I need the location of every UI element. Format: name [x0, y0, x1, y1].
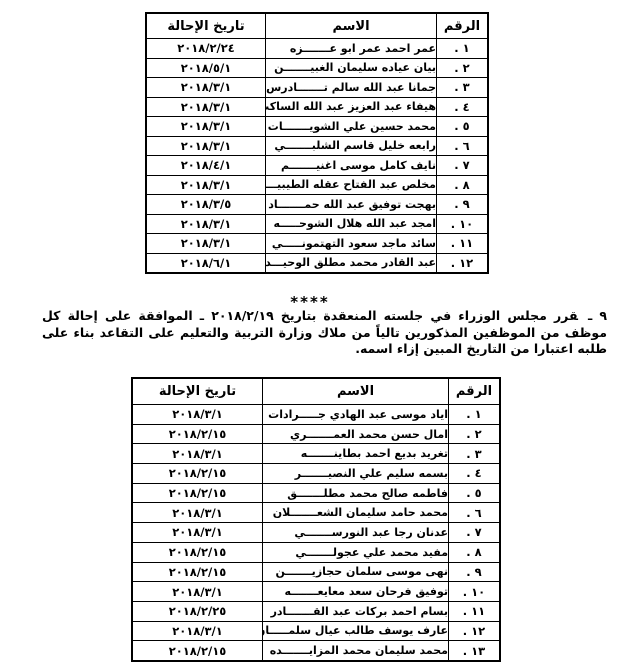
table-row: . ٧ عدنان رجا عبد النورســـــــي ٢٠١٨/٣/… [132, 523, 500, 543]
table-row: . ٨ مفيد محمد علي عجولـــــــي ٢٠١٨/٢/١٥ [132, 542, 500, 562]
referral-date: ٢٠١٨/٥/١ [146, 58, 266, 78]
referral-date: ٢٠١٨/٦/١ [146, 253, 266, 273]
table-row: . ١٠ توفيق فرحان سعد معايعـــــــه ٢٠١٨/… [132, 582, 500, 602]
row-number: . ٥ [449, 483, 501, 503]
table-row: . ١٠ امجد عبد الله هلال الشوحـــــه ٢٠١٨… [146, 214, 488, 234]
table-row: . ١١ سائد ماجد سعود التهتمونـــــي ٢٠١٨/… [146, 234, 488, 254]
column-header-date: تاريخ الإحالة [146, 13, 266, 39]
table-row: . ٩ نهى موسى سلمان حجازيـــــــن ٢٠١٨/٢/… [132, 562, 500, 582]
table-row: . ١ عمر احمد عمر ابو عـــــــزه ٢٠١٨/٢/٢… [146, 39, 488, 59]
row-number: . ١ [437, 39, 489, 59]
employee-name: فاطمه صالح محمد مطلـــــــق [263, 483, 449, 503]
row-number: . ٨ [449, 542, 501, 562]
table-row: . ٩ بهجت توفيق عبد الله حمـــــــاد ٢٠١٨… [146, 195, 488, 215]
referral-date: ٢٠١٨/٢/١٥ [132, 562, 263, 582]
table-row: . ٧ نايف كامل موسى اغنيـــــــم ٢٠١٨/٤/١ [146, 156, 488, 176]
row-number: . ٧ [449, 523, 501, 543]
employee-name: بهجت توفيق عبد الله حمـــــــاد [266, 195, 437, 215]
referral-date: ٢٠١٨/٣/١ [132, 503, 263, 523]
employee-name: بسام احمد بركات عبد القـــــــادر [263, 601, 449, 621]
item-number: ٩ ـ [578, 308, 607, 323]
employee-name: محمد حسين علي الشويـــــــات [266, 117, 437, 137]
decision-item-9: ٩ ـقرر مجلس الوزراء في جلسته المنعقدة بت… [42, 308, 607, 358]
row-number: . ٨ [437, 175, 489, 195]
row-number: . ٤ [437, 97, 489, 117]
referral-date: ٢٠١٨/٢/١٥ [132, 641, 263, 661]
row-number: . ١٠ [437, 214, 489, 234]
row-number: . ٤ [449, 464, 501, 484]
table-row: . ٣ تغريد بديع احمد بطاينـــــــه ٢٠١٨/٣… [132, 444, 500, 464]
employee-name: عمر احمد عمر ابو عـــــــزه [266, 39, 437, 59]
referral-date: ٢٠١٨/٢/١٥ [132, 542, 263, 562]
row-number: . ١٢ [437, 253, 489, 273]
row-number: . ١ [449, 405, 501, 425]
row-number: . ٧ [437, 156, 489, 176]
referral-date: ٢٠١٨/٣/١ [146, 136, 266, 156]
employee-name: محمد حامد سليمان الشعـــــــلان [263, 503, 449, 523]
table-row: . ١١ بسام احمد بركات عبد القـــــــادر ٢… [132, 601, 500, 621]
employee-name: سائد ماجد سعود التهتمونـــــي [266, 234, 437, 254]
referral-date: ٢٠١٨/٣/١ [146, 175, 266, 195]
row-number: . ٩ [449, 562, 501, 582]
decision-text: قرر مجلس الوزراء في جلسته المنعقدة بتاري… [42, 308, 607, 356]
header-row: الرقم الاسم تاريخ الإحالة [132, 378, 500, 405]
row-number: . ٢ [449, 424, 501, 444]
table-row: . ٤ هيفاء عبد العزيز عبد الله الساكت ٢٠١… [146, 97, 488, 117]
employee-name: امجد عبد الله هلال الشوحـــــه [266, 214, 437, 234]
referral-date: ٢٠١٨/٢/١٥ [132, 424, 263, 444]
employee-name: توفيق فرحان سعد معايعـــــــه [263, 582, 449, 602]
referral-table-2: الرقم الاسم تاريخ الإحالة . ١ اياد موسى … [131, 377, 501, 662]
column-header-name: الاسم [266, 13, 437, 39]
table-row: . ٥ فاطمه صالح محمد مطلـــــــق ٢٠١٨/٢/١… [132, 483, 500, 503]
referral-date: ٢٠١٨/٢/١٥ [132, 483, 263, 503]
employee-name: امال حسن محمد العمـــــــري [263, 424, 449, 444]
table-row: . ٦ رابعه خليل قاسم الشلبـــــــي ٢٠١٨/٣… [146, 136, 488, 156]
row-number: . ١٠ [449, 582, 501, 602]
employee-name: نايف كامل موسى اغنيـــــــم [266, 156, 437, 176]
table-row: . ٤ بسمه سليم علي النصيـــــــر ٢٠١٨/٢/١… [132, 464, 500, 484]
table-row: . ٦ محمد حامد سليمان الشعـــــــلان ٢٠١٨… [132, 503, 500, 523]
table-row: . ١٢ عبد القادر محمد مطلق الوحيـــدي ٢٠١… [146, 253, 488, 273]
row-number: . ٢ [437, 58, 489, 78]
header-row: الرقم الاسم تاريخ الإحالة [146, 13, 488, 39]
table-row: . ٨ مخلص عبد الفتاح عقله الطيبيـــن ٢٠١٨… [146, 175, 488, 195]
table-row: . ٣ جمانا عبد الله سالم تـــــــادرس ٢٠١… [146, 78, 488, 98]
referral-date: ٢٠١٨/٣/١ [146, 117, 266, 137]
employee-name: جمانا عبد الله سالم تـــــــادرس [266, 78, 437, 98]
table-row: . ٢ امال حسن محمد العمـــــــري ٢٠١٨/٢/١… [132, 424, 500, 444]
row-number: . ٣ [437, 78, 489, 98]
table-row: . ٥ محمد حسين علي الشويـــــــات ٢٠١٨/٣/… [146, 117, 488, 137]
column-header-number: الرقم [437, 13, 489, 39]
row-number: . ١٢ [449, 621, 501, 641]
column-header-number: الرقم [449, 378, 501, 405]
referral-date: ٢٠١٨/٣/١ [132, 523, 263, 543]
employee-name: محمد سليمان محمد المزايـــــــده [263, 641, 449, 661]
table-row: . ١٢ عارف يوسف طالب عيال سلمـــــان ٢٠١٨… [132, 621, 500, 641]
employee-name: مفيد محمد علي عجولـــــــي [263, 542, 449, 562]
employee-name: رابعه خليل قاسم الشلبـــــــي [266, 136, 437, 156]
referral-date: ٢٠١٨/٣/١ [132, 621, 263, 641]
referral-date: ٢٠١٨/٤/١ [146, 156, 266, 176]
row-number: . ٣ [449, 444, 501, 464]
employee-name: تغريد بديع احمد بطاينـــــــه [263, 444, 449, 464]
referral-table-1: الرقم الاسم تاريخ الإحالة . ١ عمر احمد ع… [145, 12, 489, 274]
gazette-page: الرقم الاسم تاريخ الإحالة . ١ عمر احمد ع… [0, 0, 620, 668]
row-number: . ٦ [437, 136, 489, 156]
column-header-date: تاريخ الإحالة [132, 378, 263, 405]
referral-date: ٢٠١٨/٢/١٥ [132, 464, 263, 484]
referral-date: ٢٠١٨/٣/٥ [146, 195, 266, 215]
employee-name: عبد القادر محمد مطلق الوحيـــدي [266, 253, 437, 273]
row-number: . ١١ [449, 601, 501, 621]
table-row: . ١٣ محمد سليمان محمد المزايـــــــده ٢٠… [132, 641, 500, 661]
row-number: . ١٣ [449, 641, 501, 661]
referral-date: ٢٠١٨/٢/٢٤ [146, 39, 266, 59]
employee-name: بسمه سليم علي النصيـــــــر [263, 464, 449, 484]
row-number: . ٦ [449, 503, 501, 523]
employee-name: اياد موسى عبد الهادي جـــــرادات [263, 405, 449, 425]
referral-date: ٢٠١٨/٣/١ [132, 405, 263, 425]
column-header-name: الاسم [263, 378, 449, 405]
referral-date: ٢٠١٨/٢/٢٥ [132, 601, 263, 621]
row-number: . ١١ [437, 234, 489, 254]
referral-date: ٢٠١٨/٣/١ [146, 78, 266, 98]
row-number: . ٩ [437, 195, 489, 215]
referral-date: ٢٠١٨/٣/١ [146, 97, 266, 117]
employee-name: بيان عياده سليمان الغبيـــــــن [266, 58, 437, 78]
table-row: . ٢ بيان عياده سليمان الغبيـــــــن ٢٠١٨… [146, 58, 488, 78]
referral-date: ٢٠١٨/٣/١ [146, 234, 266, 254]
referral-date: ٢٠١٨/٣/١ [132, 582, 263, 602]
row-number: . ٥ [437, 117, 489, 137]
referral-date: ٢٠١٨/٣/١ [146, 214, 266, 234]
employee-name: عدنان رجا عبد النورســـــــي [263, 523, 449, 543]
employee-name: نهى موسى سلمان حجازيـــــــن [263, 562, 449, 582]
employee-name: مخلص عبد الفتاح عقله الطيبيـــن [266, 175, 437, 195]
table-row: . ١ اياد موسى عبد الهادي جـــــرادات ٢٠١… [132, 405, 500, 425]
employee-name: عارف يوسف طالب عيال سلمـــــان [263, 621, 449, 641]
employee-name: هيفاء عبد العزيز عبد الله الساكت [266, 97, 437, 117]
referral-date: ٢٠١٨/٣/١ [132, 444, 263, 464]
